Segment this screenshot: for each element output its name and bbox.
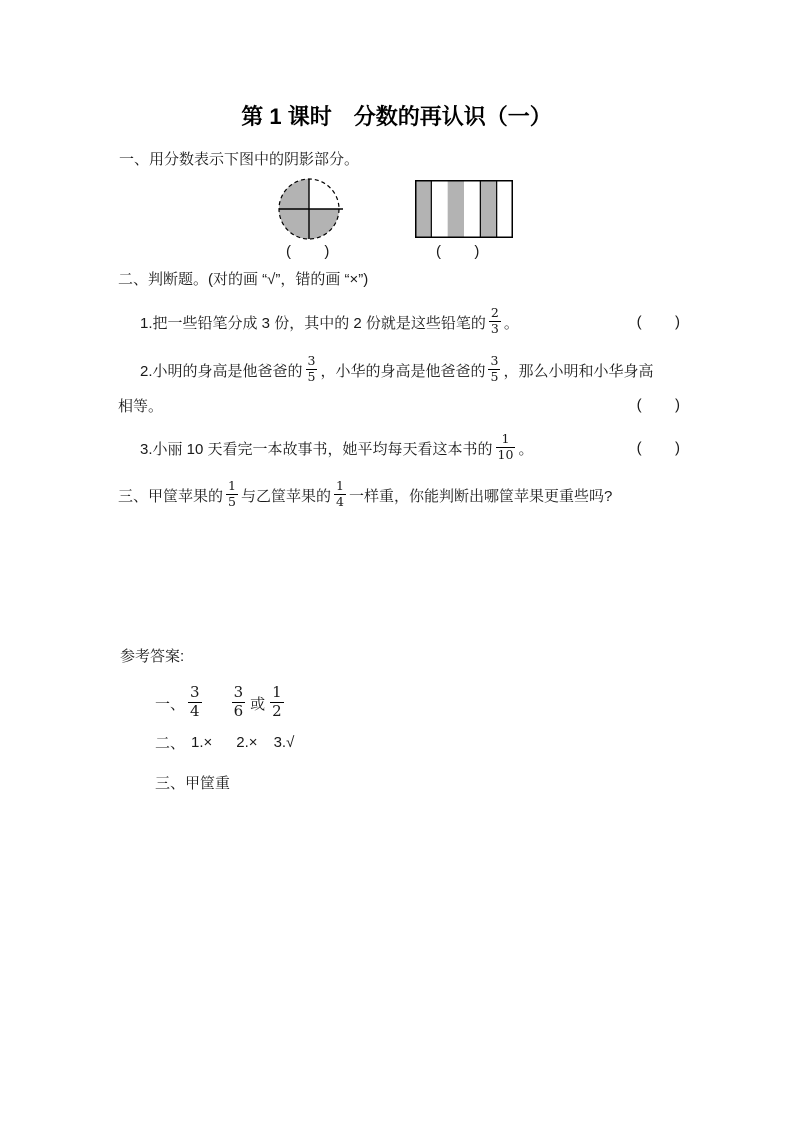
strip-fraction-figure: [415, 180, 513, 238]
page-title: 第 1 课时 分数的再认识（一）: [0, 100, 793, 131]
question-1: 1.把一些铅笔分成 3 份，其中的 2 份就是这些铅笔的 23 。 ( ): [140, 302, 680, 342]
fraction-denominator: 10: [496, 447, 516, 462]
fraction-denominator: 5: [306, 369, 318, 384]
fraction-numerator: 3: [232, 684, 246, 701]
section-two-heading: 二、判断题。(对的画 “√”，错的画 “×”): [118, 269, 368, 290]
answer-three-text: 甲筐重: [185, 772, 230, 793]
answer-two-item-2: 2.×: [236, 734, 257, 751]
q1-text-before: 1.把一些铅笔分成 3 份，其中的 2 份就是这些铅笔的: [140, 312, 486, 333]
question-3: 3.小丽 10 天看完一本故事书，她平均每天看这本书的 110 。 ( ): [140, 428, 680, 468]
fraction-numerator: 3: [306, 354, 318, 368]
section-one-heading: 一、用分数表示下图中的阴影部分。: [119, 149, 359, 170]
fraction-numerator: 1: [226, 479, 238, 493]
s3-text-prefix: 三、甲筐苹果的: [118, 485, 223, 506]
circle-answer-blank[interactable]: ( ): [286, 243, 329, 260]
q3-text-after: 。: [518, 438, 533, 459]
s3-fraction-1: 15: [226, 479, 238, 509]
strip-shaded-2: [448, 180, 464, 238]
s3-text-suffix: 一样重，你能判断出哪筐苹果更重些吗?: [349, 485, 612, 506]
fraction-numerator: 1: [334, 479, 346, 493]
question-2-line-2: 相等。 ( ): [118, 394, 680, 416]
strip-shaded-1: [415, 180, 431, 238]
q2-fraction-1: 35: [306, 354, 318, 384]
q3-answer-blank[interactable]: ( ): [637, 440, 680, 457]
answer-fraction-3-6: 36: [232, 684, 246, 720]
answer-row-three: 三、 甲筐重: [155, 771, 230, 793]
answers-heading: 参考答案:: [120, 646, 184, 667]
q2-answer-blank[interactable]: ( ): [637, 397, 680, 414]
q3-text-before: 3.小丽 10 天看完一本故事书，她平均每天看这本书的: [140, 438, 493, 459]
fraction-denominator: 4: [334, 494, 346, 509]
circle-fraction-figure: [277, 177, 345, 241]
q3-fraction: 110: [496, 432, 516, 462]
answer-fraction-3-4: 34: [188, 684, 202, 720]
fraction-numerator: 1: [496, 432, 516, 446]
q2-text-after: ，那么小明和小华身高: [503, 360, 653, 381]
q1-fraction: 23: [489, 306, 501, 336]
fraction-denominator: 5: [226, 494, 238, 509]
fraction-denominator: 3: [489, 321, 501, 336]
fraction-numerator: 1: [270, 684, 284, 701]
s3-text-mid: 与乙筐苹果的: [241, 485, 331, 506]
q2-text-before: 2.小明的身高是他爸爸的: [140, 360, 303, 381]
fraction-denominator: 5: [488, 369, 500, 384]
answer-three-label: 三、: [155, 772, 185, 793]
answer-two-item-1: 1.×: [191, 734, 212, 751]
s3-fraction-2: 14: [334, 479, 346, 509]
fraction-numerator: 3: [488, 354, 500, 368]
answer-fraction-1-2: 12: [270, 684, 284, 720]
q2-text-mid: ，小华的身高是他爸爸的: [320, 360, 485, 381]
answer-two-item-3: 3.√: [274, 734, 295, 751]
section-three: 三、甲筐苹果的 15 与乙筐苹果的 14 一样重，你能判断出哪筐苹果更重些吗?: [118, 475, 758, 515]
strip-shaded-3: [480, 180, 496, 238]
fraction-numerator: 2: [489, 306, 501, 320]
answer-or-label: 或: [250, 693, 265, 714]
fraction-denominator: 4: [188, 702, 202, 720]
answer-two-label: 二、: [155, 732, 185, 753]
q2-fraction-2: 35: [488, 354, 500, 384]
answer-one-label: 一、: [155, 693, 185, 714]
question-2-line-1: 2.小明的身高是他爸爸的 35 ，小华的身高是他爸爸的 35 ，那么小明和小华身…: [140, 350, 680, 390]
fraction-numerator: 3: [188, 684, 202, 701]
q1-text-after: 。: [504, 312, 519, 333]
fraction-denominator: 2: [270, 702, 284, 720]
strips-answer-blank[interactable]: ( ): [436, 243, 479, 260]
q2-text-line2: 相等。: [118, 395, 163, 416]
answer-row-two: 二、 1.× 2.× 3.√: [155, 731, 294, 753]
worksheet-page: 第 1 课时 分数的再认识（一） 一、用分数表示下图中的阴影部分。 ( ) ( …: [0, 0, 793, 1122]
fraction-denominator: 6: [232, 702, 246, 720]
answer-row-one: 一、 34 36 或 12: [155, 680, 287, 726]
q1-answer-blank[interactable]: ( ): [637, 314, 680, 331]
